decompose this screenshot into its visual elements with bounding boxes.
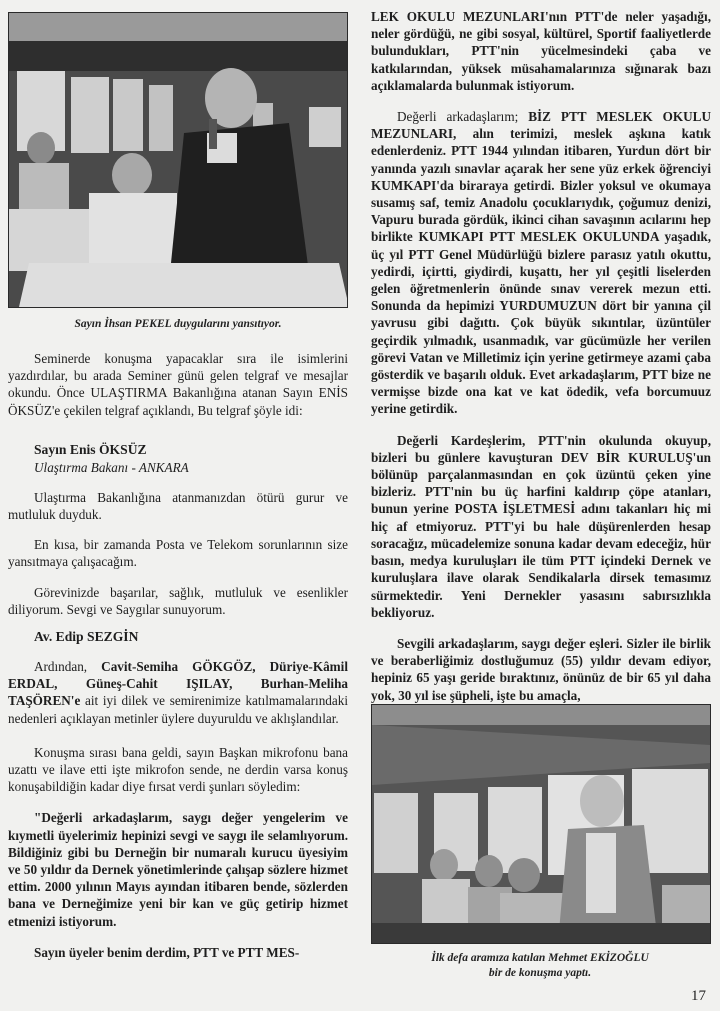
speech-paragraph: Sayın üyeler benim derdim, PTT ve PTT ME… xyxy=(8,944,348,961)
photo-caption: Sayın İhsan PEKEL duygularını yansıtıyor… xyxy=(8,317,348,332)
photo-speaker-with-microphone xyxy=(9,13,348,307)
speech-paragraph: "Değerli arkadaşlarım, saygı değer yenge… xyxy=(8,809,348,929)
left-column: Sayın İhsan PEKEL duygularını yansıtıyor… xyxy=(8,0,348,961)
telegram-body-1: Ulaştırma Bakanlığına atanmanızdan ötürü… xyxy=(8,489,348,523)
speech-paragraph: Değerli Kardeşlerim, PTT'nin okulunda ok… xyxy=(371,432,711,621)
paragraph-greetings: Ardından, Cavit-Semiha GÖKGÖZ, Düriye-Kâ… xyxy=(8,658,348,727)
telegram-body-2: En kısa, bir zamanda Posta ve Telekom so… xyxy=(8,536,348,570)
photo-ihsan-pekel xyxy=(8,12,348,308)
text: Değerli arkadaşlarım; xyxy=(397,109,528,124)
telegram-signature: Av. Edip SEZGİN xyxy=(8,628,348,646)
photo-mehmet-ekizoglu xyxy=(371,704,711,944)
speech-paragraph: Sevgili arkadaşlarım, saygı değer eşleri… xyxy=(371,635,711,704)
telegram-recipient: Sayın Enis ÖKSÜZ xyxy=(8,441,348,459)
photo-caption: İlk defa aramıza katılan Mehmet EKİZOĞLU… xyxy=(371,951,709,981)
paragraph: Konuşma sırası bana geldi, sayın Başkan … xyxy=(8,744,348,796)
speech-paragraph: Değerli arkadaşlarım; BİZ PTT MESLEK OKU… xyxy=(371,108,711,418)
caption-line: bir de konuşma yaptı. xyxy=(371,966,709,981)
speech-paragraph: LEK OKULU MEZUNLARI'nın PTT'de neler yaş… xyxy=(371,8,711,94)
telegram-recipient-title: Ulaştırma Bakanı - ANKARA xyxy=(8,459,348,476)
telegram-body-3: Görevinizde başarılar, sağlık, mutluluk … xyxy=(8,584,348,618)
magazine-page: Sayın İhsan PEKEL duygularını yansıtıyor… xyxy=(0,0,720,1011)
paragraph: Seminerde konuşma yapacaklar sıra ile is… xyxy=(8,350,348,419)
right-column: LEK OKULU MEZUNLARI'nın PTT'de neler yaş… xyxy=(371,0,711,704)
photo-speaker-standing xyxy=(372,705,710,943)
page-number: 17 xyxy=(691,988,706,1005)
text: BİZ PTT MESLEK OKULU MEZUNLARI, alın ter… xyxy=(371,109,711,416)
caption-line: İlk defa aramıza katılan Mehmet EKİZOĞLU xyxy=(371,951,709,966)
text: Ardından, xyxy=(34,659,101,674)
telegram-block: Sayın Enis ÖKSÜZ Ulaştırma Bakanı - ANKA… xyxy=(8,441,348,646)
